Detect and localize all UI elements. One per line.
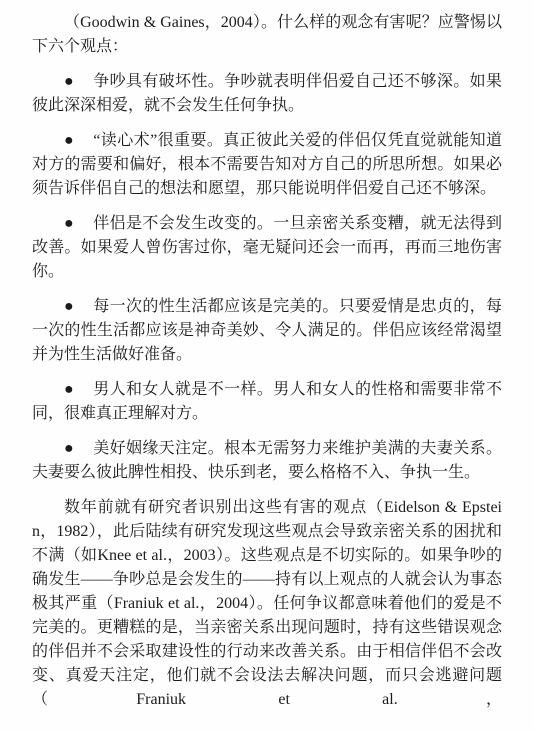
paragraph-closing: 数年前就有研究者识别出这些有害的观点（Eidelson & Epstein，19… bbox=[32, 496, 502, 712]
bullet-item: ●伴侣是不会发生改变的。一旦亲密关系变糟，就无法得到改善。如果爱人曾伤害过你，毫… bbox=[32, 212, 502, 284]
bullet-item: ●男人和女人就是不一样。男人和女人的性格和需要非常不同，很难真正理解对方。 bbox=[32, 378, 502, 426]
bullet-item: ●美好姻缘天注定。根本无需努力来维护美满的夫妻关系。夫妻要么彼此脾性相投、快乐到… bbox=[32, 437, 502, 485]
bullet-item: ●争吵具有破坏性。争吵就表明伴侣爱自己还不够深。如果彼此深深相爱，就不会发生任何… bbox=[32, 70, 502, 118]
bullet-item: ●“读心术”很重要。真正彼此关爱的伴侣仅凭直觉就能知道对方的需要和偏好，根本不需… bbox=[32, 129, 502, 201]
bullet-icon: ● bbox=[64, 73, 93, 90]
bullet-icon: ● bbox=[64, 440, 93, 457]
bullet-item: ●每一次的性生活都应该是完美的。只要爱情是忠贞的，每一次的性生活都应该是神奇美妙… bbox=[32, 295, 502, 367]
bullet-icon: ● bbox=[64, 298, 93, 315]
bullet-text: 伴侣是不会发生改变的。一旦亲密关系变糟，就无法得到改善。如果爱人曾伤害过你，毫无… bbox=[32, 215, 502, 280]
bullet-icon: ● bbox=[64, 381, 93, 398]
bullet-text: 美好姻缘天注定。根本无需努力来维护美满的夫妻关系。夫妻要么彼此脾性相投、快乐到老… bbox=[32, 440, 502, 481]
bullet-text: 争吵具有破坏性。争吵就表明伴侣爱自己还不够深。如果彼此深深相爱，就不会发生任何争… bbox=[32, 73, 502, 114]
paragraph-intro: （Goodwin & Gaines，2004）。什么样的观念有害呢？应警惕以下六… bbox=[32, 11, 502, 59]
bullet-icon: ● bbox=[64, 215, 93, 232]
bullet-text: “读心术”很重要。真正彼此关爱的伴侣仅凭直觉就能知道对方的需要和偏好，根本不需要… bbox=[32, 132, 502, 197]
bullet-text: 男人和女人就是不一样。男人和女人的性格和需要非常不同，很难真正理解对方。 bbox=[32, 381, 502, 422]
book-page: （Goodwin & Gaines，2004）。什么样的观念有害呢？应警惕以下六… bbox=[0, 0, 534, 732]
bullet-text: 每一次的性生活都应该是完美的。只要爱情是忠贞的，每一次的性生活都应该是神奇美妙、… bbox=[32, 298, 502, 363]
bullet-icon: ● bbox=[64, 132, 93, 149]
